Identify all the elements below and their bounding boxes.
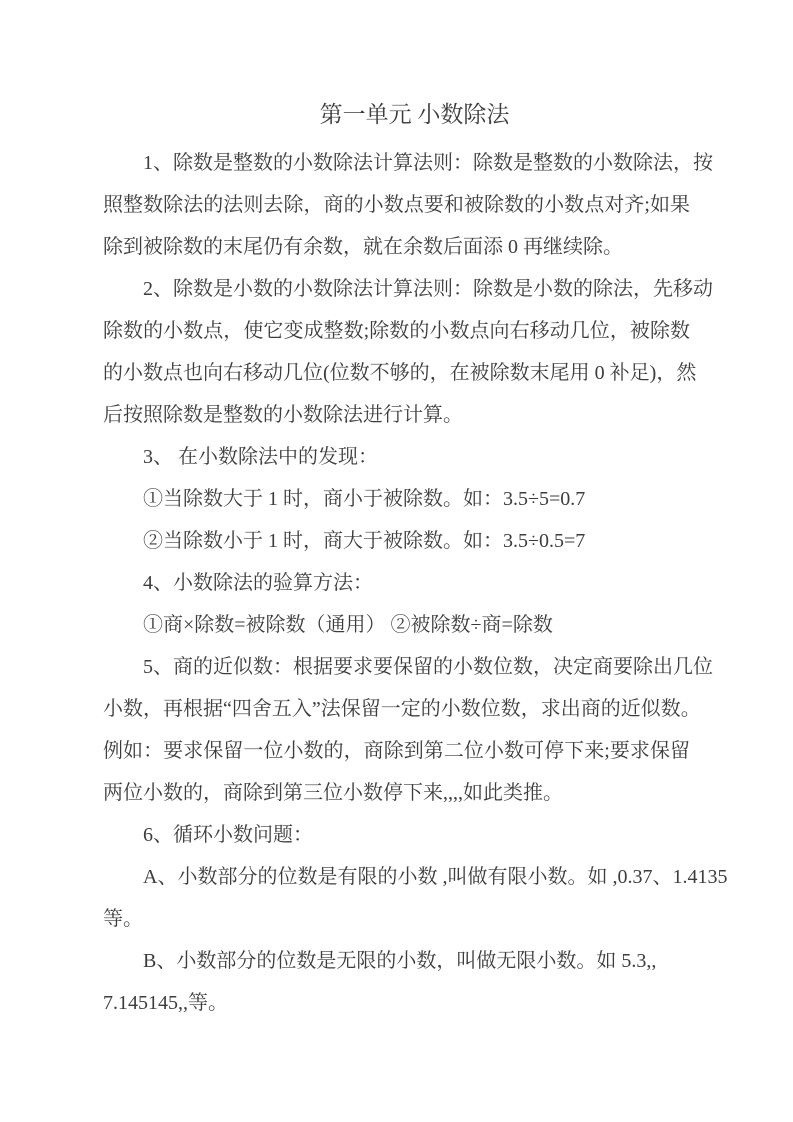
text-line: 的小数点也向右移动几位(位数不够的，在被除数末尾用 0 补足)，然 (103, 352, 690, 394)
text-line: 7.145145,,等。 (103, 982, 690, 1024)
text-line: 1、除数是整数的小数除法计算法则：除数是整数的小数除法，按 (103, 142, 690, 184)
document-body: 1、除数是整数的小数除法计算法则：除数是整数的小数除法，按照整数除法的法则去除，… (103, 142, 690, 1024)
text-line: B、小数部分的位数是无限的小数，叫做无限小数。如 5.3,, (103, 940, 690, 982)
text-line: 5、商的近似数：根据要求要保留的小数位数，决定商要除出几位 (103, 646, 690, 688)
text-line: 除数的小数点，使它变成整数;除数的小数点向右移动几位，被除数 (103, 310, 690, 352)
text-line: ②当除数小于 1 时，商大于被除数。如：3.5÷0.5=7 (103, 520, 690, 562)
text-line: 3、 在小数除法中的发现： (103, 436, 690, 478)
document-page: 第一单元 小数除法 1、除数是整数的小数除法计算法则：除数是整数的小数除法，按照… (0, 0, 793, 1122)
page-title: 第一单元 小数除法 (103, 96, 690, 134)
text-line: 后按照除数是整数的小数除法进行计算。 (103, 394, 690, 436)
text-line: 4、小数除法的验算方法： (103, 562, 690, 604)
text-line: 两位小数的，商除到第三位小数停下来,,,,如此类推。 (103, 772, 690, 814)
text-line: ①当除数大于 1 时，商小于被除数。如：3.5÷5=0.7 (103, 478, 690, 520)
text-line: 例如：要求保留一位小数的，商除到第二位小数可停下来;要求保留 (103, 730, 690, 772)
text-line: 除到被除数的末尾仍有余数，就在余数后面添 0 再继续除。 (103, 226, 690, 268)
text-line: 2、除数是小数的小数除法计算法则：除数是小数的除法，先移动 (103, 268, 690, 310)
text-line: 等。 (103, 898, 690, 940)
text-line: 6、循环小数问题： (103, 814, 690, 856)
text-line: ①商×除数=被除数（通用） ②被除数÷商=除数 (103, 604, 690, 646)
text-line: 照整数除法的法则去除，商的小数点要和被除数的小数点对齐;如果 (103, 184, 690, 226)
text-line: A、小数部分的位数是有限的小数 ,叫做有限小数。如 ,0.37、1.4135 (103, 856, 690, 898)
text-line: 小数，再根据“四舍五入”法保留一定的小数位数，求出商的近似数。 (103, 688, 690, 730)
